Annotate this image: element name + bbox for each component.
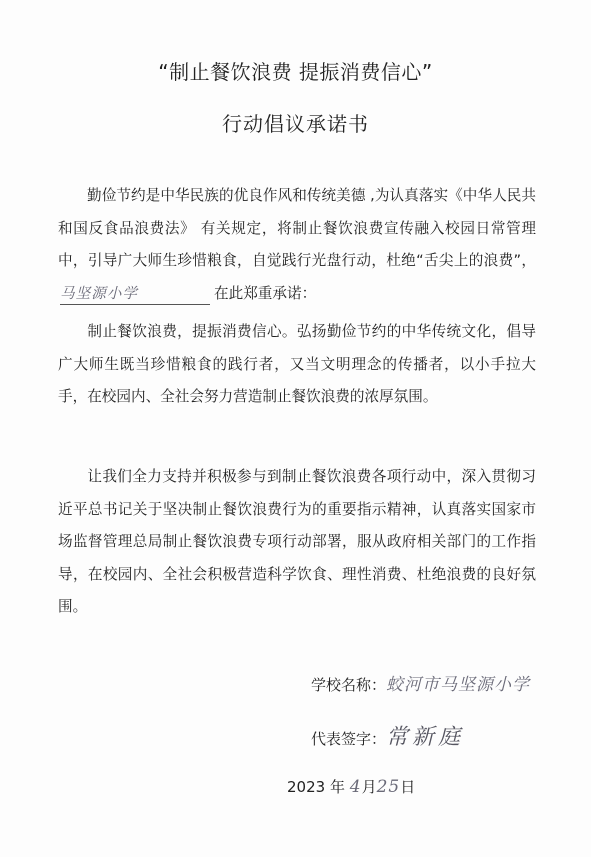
paragraph-pledge: 制止餐饮浪费，提振消费信心。弘扬勤俭节约的中华传统文化，倡导广大师生既当珍惜粮食… (58, 316, 536, 414)
date-row: 2023 年 4月25日 (287, 776, 415, 797)
school-name-handwritten: 蛟河市马坚源小学 (386, 675, 530, 695)
date-month-unit: 月 (362, 778, 377, 796)
paragraph-intro: 勤俭节约是中华民族的优良作风和传统美德 ,为认真落实《中华人民共和国反食品浪费法… (58, 180, 536, 310)
intro-pledge-text: 在此郑重承诺： (214, 285, 316, 302)
school-name-row: 学校名称：蛟河市马坚源小学 (311, 670, 530, 695)
intro-text: 勤俭节约是中华民族的优良作风和传统美德 ,为认真落实《中华人民共和国反食品浪费法… (58, 187, 536, 269)
date-day-unit: 日 (400, 778, 415, 796)
paragraph-call-to-action: 让我们全力支持并积极参与到制止餐饮浪费各项行动中，深入贯彻习近平总书记关于坚决制… (58, 461, 536, 624)
school-name-label: 学校名称： (311, 676, 386, 694)
document-subtitle: 行动倡议承诺书 (0, 108, 591, 137)
document-title: “制止餐饮浪费 提振消费信心” (0, 56, 591, 85)
date-day-handwritten: 25 (377, 777, 401, 797)
representative-label: 代表签字： (311, 730, 386, 748)
representative-signature: 常新庭 (386, 725, 464, 750)
pledge-text: 制止餐饮浪费，提振消费信心。弘扬勤俭节约的中华传统文化，倡导广大师生既当珍惜粮食… (58, 323, 536, 405)
representative-signature-row: 代表签字：常新庭 (311, 720, 464, 751)
handwritten-school-blank: 马坚源小学 (60, 284, 210, 305)
document-page: “制止餐饮浪费 提振消费信心” 行动倡议承诺书 勤俭节约是中华民族的优良作风和传… (0, 0, 591, 857)
call-to-action-text: 让我们全力支持并积极参与到制止餐饮浪费各项行动中，深入贯彻习近平总书记关于坚决制… (58, 468, 536, 615)
date-year-unit: 年 (325, 778, 350, 796)
date-month-handwritten: 4 (350, 777, 362, 797)
date-year: 2023 (287, 778, 325, 796)
